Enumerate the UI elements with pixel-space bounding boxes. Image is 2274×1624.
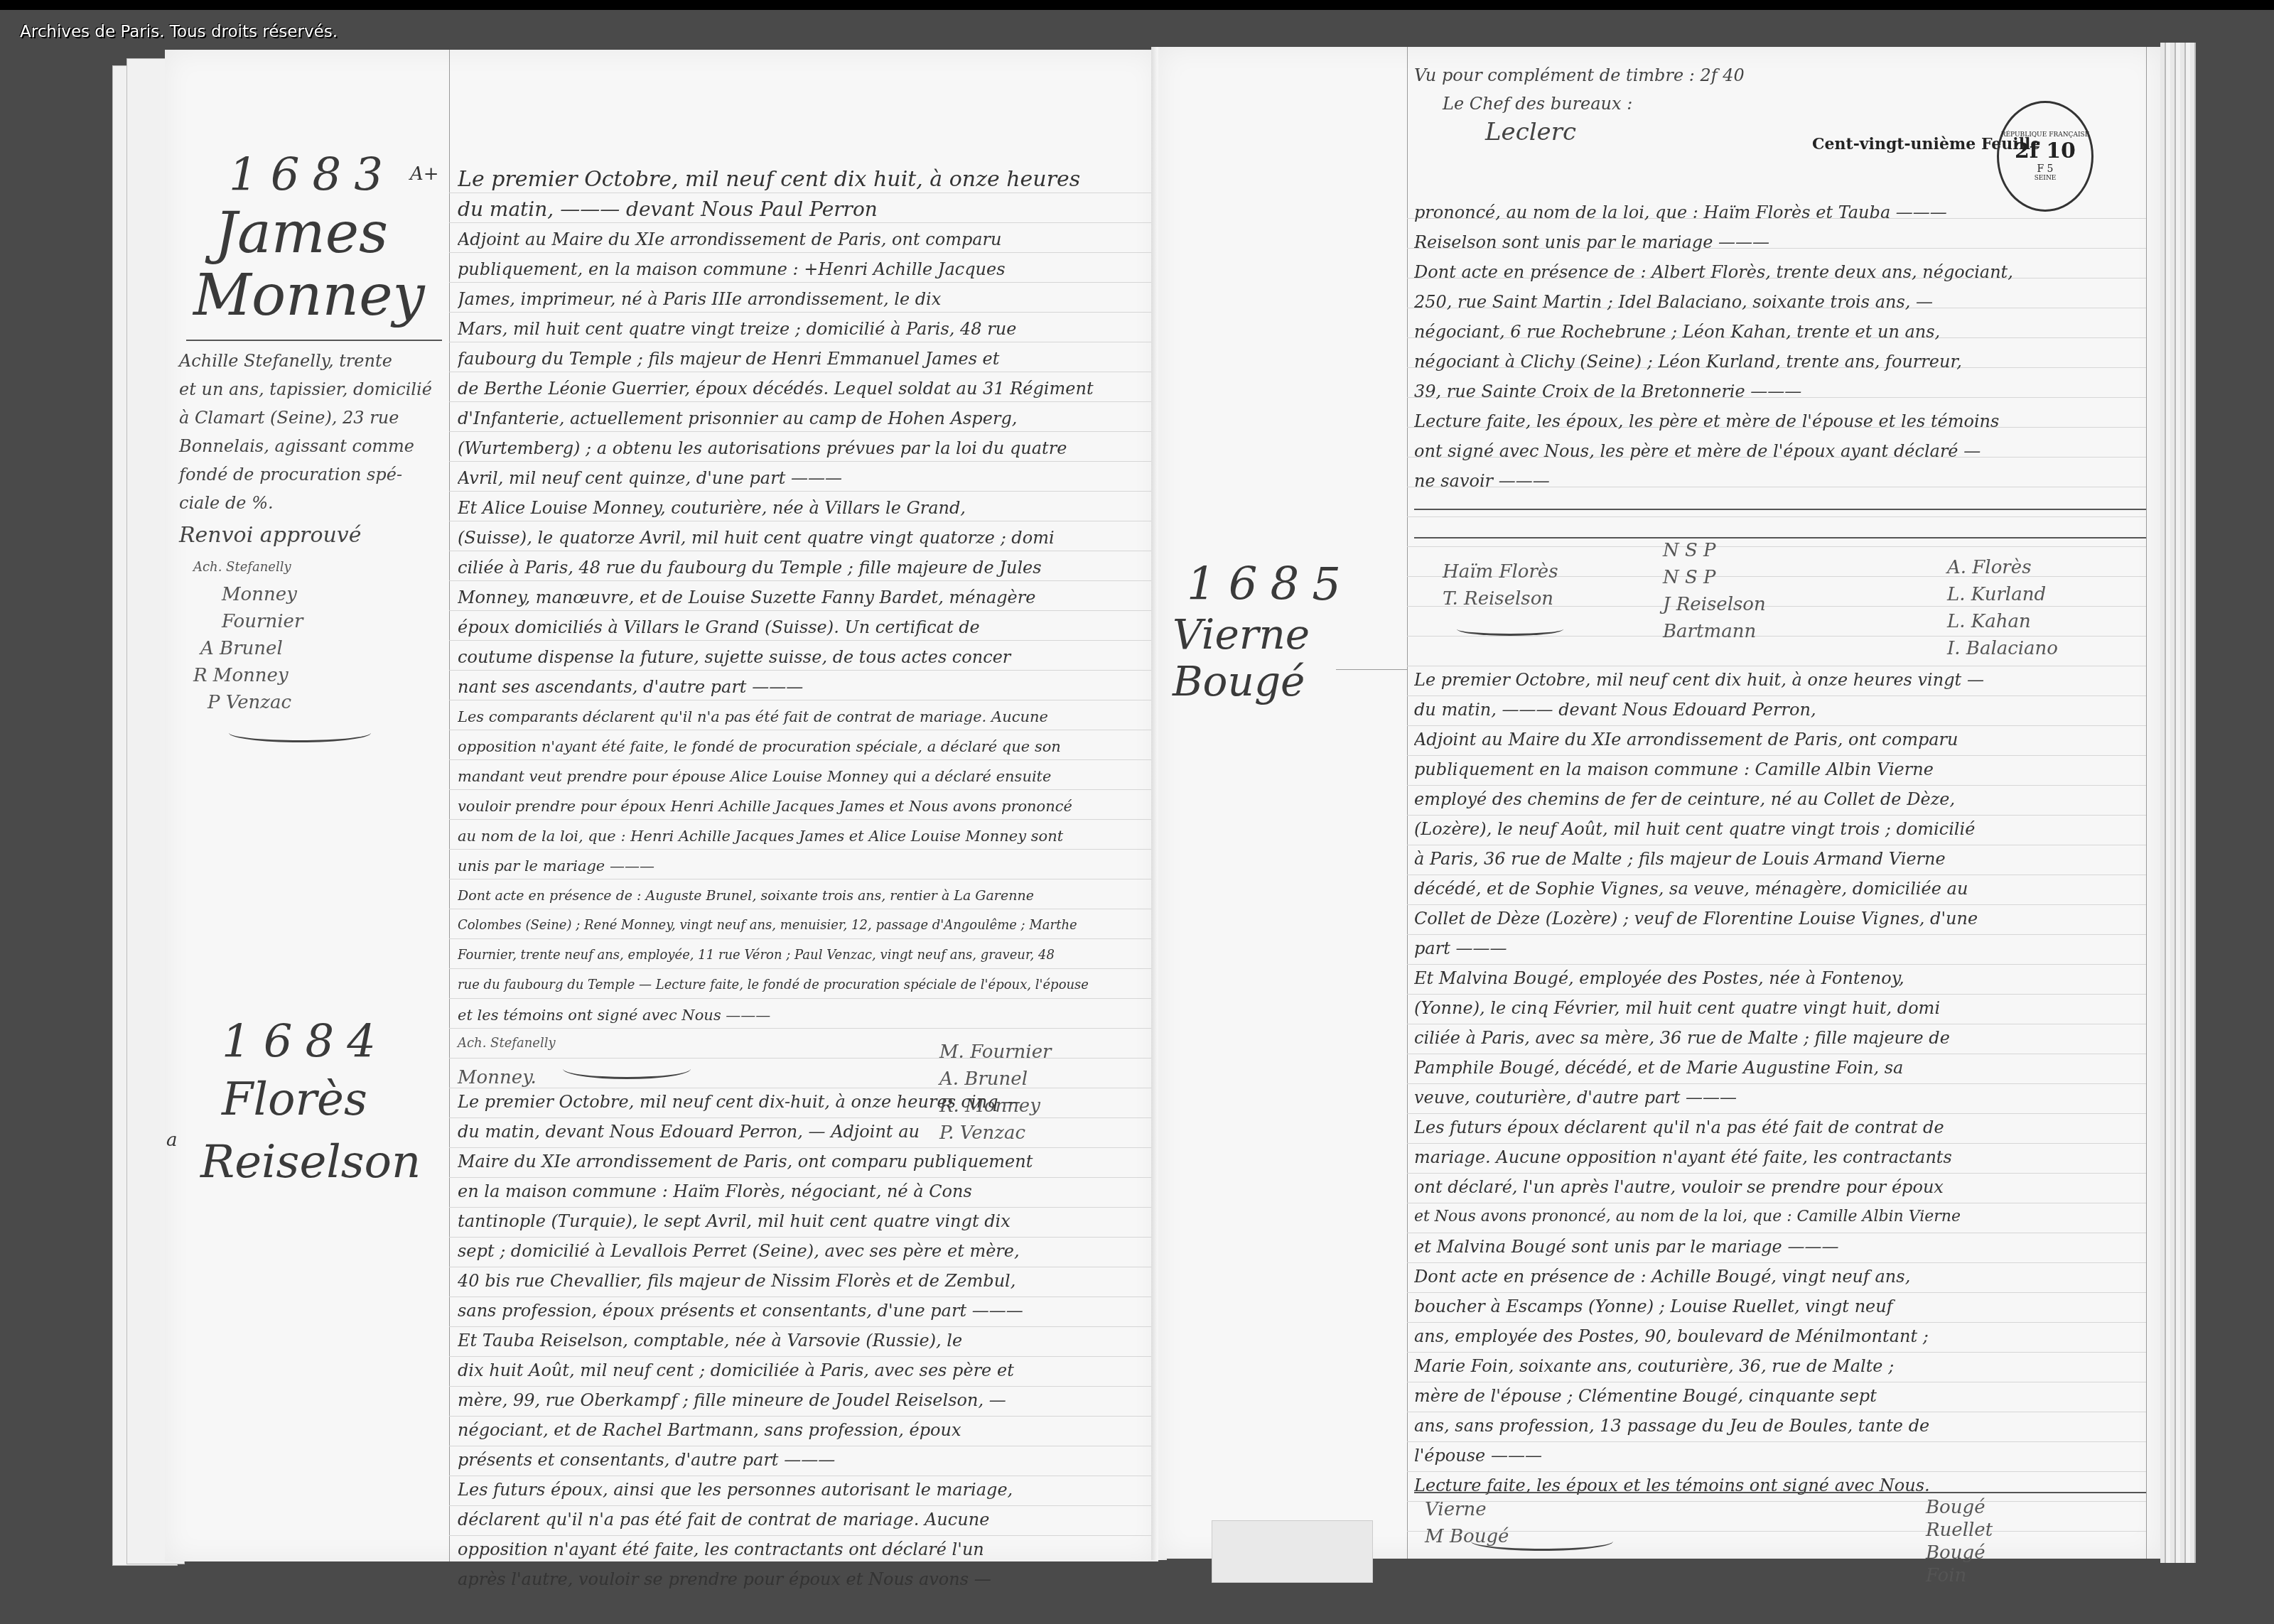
text-line: sept ; domicilié à Levallois Perret (Sei… (458, 1236, 1154, 1266)
text-line: négociant à Clichy (Seine) ; Léon Kurlan… (1414, 347, 2139, 377)
officer-paraph (1457, 622, 1563, 636)
nsp-mark: N S P (1663, 537, 1766, 564)
signature: T. Reiselson (1443, 585, 1558, 612)
text-line: sans profession, époux présents et conse… (458, 1296, 1154, 1326)
text-line: et Nous avons prononcé, au nom de la loi… (1414, 1202, 2139, 1232)
text-line: (Lozère), le neuf Août, mil huit cent qu… (1414, 814, 2139, 844)
act-1685-signatures-right: Bougé Ruellet Bougé Foin (1926, 1496, 1993, 1587)
text-line: négociant, 6 rue Rochebrune ; Léon Kahan… (1414, 317, 2139, 347)
text-line: vouloir prendre pour époux Henri Achille… (458, 791, 1154, 821)
text-line: 250, rue Saint Martin ; Idel Balaciano, … (1414, 287, 2139, 317)
act-name: James (179, 202, 442, 264)
margin-note-line: à Clamart (Seine), 23 rue (179, 404, 442, 432)
divider (1414, 509, 2146, 510)
text-line: Collet de Dèze (Lozère) ; veuf de Floren… (1414, 904, 2139, 933)
signature: Monney (193, 581, 442, 608)
text-line: veuve, couturière, d'autre part ——— (1414, 1083, 2139, 1113)
act-name: Vierne (1173, 611, 1400, 658)
text-line: ne savoir ——— (1414, 466, 2139, 496)
signature: A. Florès (1947, 554, 2058, 581)
text-line: (Yonne), le cinq Février, mil huit cent … (1414, 993, 2139, 1023)
text-line: de Berthe Léonie Guerrier, époux décédés… (458, 374, 1154, 404)
text-line: Monney, manœuvre, et de Louise Suzette F… (458, 583, 1154, 612)
act-number: 1685 (1173, 558, 1400, 611)
right-page: Vu pour complément de timbre : 2f 40 Le … (1158, 47, 2160, 1559)
act-name: Florès (179, 1068, 442, 1131)
text-line: à Paris, 36 rue de Malte ; fils majeur d… (1414, 844, 2139, 874)
text-line: part ——— (1414, 933, 2139, 963)
text-line: en la maison commune : Haïm Florès, négo… (458, 1176, 1154, 1206)
signature: A Brunel (193, 635, 442, 662)
text-line: Le premier Octobre, mil neuf cent dix-hu… (458, 1087, 1154, 1117)
text-line: prononcé, au nom de la loi, que : Haïm F… (1414, 197, 2139, 227)
margin-note-line: Bonnelais, agissant comme (179, 432, 442, 460)
divider (186, 331, 442, 341)
right-rule (2146, 47, 2147, 1559)
left-page: 1683 James Monney Achille Stefanelly, tr… (165, 50, 1158, 1561)
text-line: mère, 99, rue Oberkampf ; fille mineure … (458, 1385, 1154, 1415)
text-line: et Malvina Bougé sont unis par le mariag… (1414, 1232, 2139, 1262)
signature: I. Balaciano (1947, 635, 2058, 662)
text-line: rue du faubourg du Temple — Lecture fait… (458, 970, 1154, 1000)
text-line: au nom de la loi, que : Henri Achille Ja… (458, 821, 1154, 851)
text-line: Pamphile Bougé, décédé, et de Marie Augu… (1414, 1053, 2139, 1083)
signature: P Venzac (193, 689, 442, 716)
text-line: Les futurs époux, ainsi que les personne… (458, 1475, 1154, 1505)
text-line: Lecture faite, les époux et les témoins … (1414, 1471, 2139, 1500)
act-1685-text: Le premier Octobre, mil neuf cent dix hu… (1414, 665, 2139, 1500)
text-line: ciliée à Paris, 48 rue du faubourg du Te… (458, 553, 1154, 583)
signature: R Monney (193, 662, 442, 689)
text-line: Maire du XIe arrondissement de Paris, on… (458, 1147, 1154, 1176)
stamp-duty-note: Vu pour complément de timbre : 2f 40 Le … (1414, 61, 1745, 146)
text-line: 39, rue Sainte Croix de la Bretonnerie —… (1414, 377, 2139, 406)
signature: Foin (1926, 1564, 1993, 1587)
text-line: présents et consentants, d'autre part ——… (458, 1445, 1154, 1475)
text-line: ciliée à Paris, avec sa mère, 36 rue de … (1414, 1023, 2139, 1053)
text-line: Les futurs époux déclarent qu'il n'a pas… (1414, 1113, 2139, 1142)
text-line: ont signé avec Nous, les père et mère de… (1414, 436, 2139, 466)
text-line: employé des chemins de fer de ceinture, … (1414, 784, 2139, 814)
stamp-text: SEINE (2035, 175, 2057, 182)
act-1683-signatures-left: Ach. Stefanelly Monney. (458, 1030, 556, 1091)
text-line: décédé, et de Sophie Vignes, sa veuve, m… (1414, 874, 2139, 904)
act-number: 1683 (179, 149, 442, 202)
text-line: (Wurtemberg) ; a obtenu les autorisation… (458, 433, 1154, 463)
text-line: du matin, ——— devant Nous Edouard Perron… (1414, 695, 2139, 725)
text-line: boucher à Escamps (Yonne) ; Louise Ruell… (1414, 1292, 2139, 1321)
note-line: Le Chef des bureaux : (1414, 90, 1745, 118)
stamp-sub: F 5 (2037, 163, 2053, 175)
text-line: l'épouse ——— (1414, 1441, 2139, 1471)
margin-mark: A+ (410, 163, 439, 185)
margin-note-line: et un ans, tapissier, domicilié (179, 375, 442, 404)
archive-watermark: Archives de Paris. Tous droits réservés. (20, 23, 338, 41)
text-line: Adjoint au Maire du XIe arrondissement d… (1414, 725, 2139, 754)
text-line: coutume dispense la future, sujette suis… (458, 642, 1154, 672)
text-line: après l'autre, vouloir se prendre pour é… (458, 1564, 1154, 1594)
text-line: James, imprimeur, né à Paris IIIe arrond… (458, 284, 1154, 314)
signature: J Reiselson (1663, 591, 1766, 618)
text-line: d'Infanterie, actuellement prisonnier au… (458, 404, 1154, 433)
text-line: nant ses ascendants, d'autre part ——— (458, 672, 1154, 702)
text-line: négociant, et de Rachel Bartmann, sans p… (458, 1415, 1154, 1445)
text-line: Les comparants déclarent qu'il n'a pas é… (458, 702, 1154, 732)
signature: Ach. Stefanelly (458, 1030, 556, 1057)
officer-paraph (229, 723, 371, 742)
text-line: Le premier Octobre, mil neuf cent dix hu… (458, 165, 1154, 195)
text-line: Fournier, trente neuf ans, employée, 11 … (458, 941, 1154, 970)
signature: Ach. Stefanelly (193, 554, 442, 581)
signature: Bougé (1926, 1496, 1993, 1519)
left-margin: 1683 James Monney Achille Stefanelly, tr… (179, 149, 442, 735)
right-margin-act-1685: 1685 Vierne Bougé (1173, 558, 1400, 705)
text-line: mère de l'épouse ; Clémentine Bougé, cin… (1414, 1381, 2139, 1411)
officer-paraph (563, 1059, 691, 1079)
text-line: Dont acte en présence de : Auguste Brune… (458, 881, 1154, 911)
text-line: ans, employée des Postes, 90, boulevard … (1414, 1321, 2139, 1351)
text-line: ans, sans profession, 13 passage du Jeu … (1414, 1411, 2139, 1441)
text-line: Le premier Octobre, mil neuf cent dix hu… (1414, 665, 2139, 695)
signature: Fournier (193, 608, 442, 635)
text-line: opposition n'ayant été faite, les contra… (458, 1534, 1154, 1564)
text-line: et les témoins ont signé avec Nous ——— (458, 1000, 1154, 1030)
signature: Bartmann (1663, 618, 1766, 645)
text-line: (Suisse), le quatorze Avril, mil huit ce… (458, 523, 1154, 553)
margin-pointer (1336, 669, 1407, 670)
text-line: Dont acte en présence de : Albert Florès… (1414, 257, 2139, 287)
text-line: tantinople (Turquie), le sept Avril, mil… (458, 1206, 1154, 1236)
act-name: Reiselson (179, 1131, 442, 1193)
text-line: Avril, mil neuf cent quinze, d'une part … (458, 463, 1154, 493)
text-line: mariage. Aucune opposition n'ayant été f… (1414, 1142, 2139, 1172)
right-page-edges (2160, 43, 2196, 1563)
act-name: Bougé (1173, 658, 1400, 705)
top-black-bar (0, 0, 2274, 10)
text-line: 40 bis rue Chevallier, fils majeur de Ni… (458, 1266, 1154, 1296)
text-line: Marie Foin, soixante ans, couturière, 36… (1414, 1351, 2139, 1381)
act-1684-continuation: prononcé, au nom de la loi, que : Haïm F… (1414, 197, 2139, 496)
officer-paraph (1471, 1532, 1613, 1551)
signature: Bougé (1926, 1542, 1993, 1564)
text-line: du matin, devant Nous Edouard Perron, — … (458, 1117, 1154, 1147)
margin-note-line: Achille Stefanelly, trente (179, 347, 442, 375)
text-line: Lecture faite, les époux, les père et mè… (1414, 406, 2139, 436)
margin-mark: a (166, 1130, 178, 1151)
revenue-stamp: RÉPUBLIQUE FRANÇAISE 2f 10 F 5 SEINE (1997, 101, 2094, 212)
text-line: du matin, ——— devant Nous Paul Perron (458, 195, 1154, 224)
text-line: Et Tauba Reiselson, comptable, née à Var… (458, 1326, 1154, 1355)
signature: Haïm Florès (1443, 558, 1558, 585)
text-line: publiquement, en la maison commune : +He… (458, 254, 1154, 284)
stamp-text: RÉPUBLIQUE FRANÇAISE (2001, 131, 2089, 139)
act-name: Monney (179, 264, 442, 327)
text-line: Et Alice Louise Monney, couturière, née … (458, 493, 1154, 523)
renvoi-approuve: Renvoi approuvé (179, 521, 442, 550)
text-line: publiquement en la maison commune : Cami… (1414, 754, 2139, 784)
act-1683-text: Le premier Octobre, mil neuf cent dix hu… (458, 165, 1154, 1030)
signature: Ruellet (1926, 1519, 1993, 1542)
signature: Vierne (1425, 1496, 1509, 1523)
text-line: Adjoint au Maire du XIe arrondissement d… (458, 224, 1154, 254)
text-line: ont déclaré, l'un après l'autre, vouloir… (1414, 1172, 2139, 1202)
page-tab (1212, 1520, 1373, 1583)
signature: L. Kahan (1947, 608, 2058, 635)
text-line: Colombes (Seine) ; René Monney, vingt ne… (458, 911, 1154, 941)
text-line: Mars, mil huit cent quatre vingt treize … (458, 314, 1154, 344)
text-line: dix huit Août, mil neuf cent ; domicilié… (458, 1355, 1154, 1385)
margin-note-line: fondé de procuration spé- (179, 460, 442, 489)
act-number: 1684 (179, 1016, 442, 1068)
margin-note-line: ciale de %. (179, 489, 442, 517)
text-line: déclarent qu'il n'a pas été fait de cont… (458, 1505, 1154, 1534)
text-line: mandant veut prendre pour épouse Alice L… (458, 762, 1154, 791)
stamp-value: 2f 10 (2015, 139, 2076, 163)
left-margin-act-1684: 1684 Florès Reiselson (179, 1016, 442, 1193)
act-1684-text: Le premier Octobre, mil neuf cent dix-hu… (458, 1087, 1154, 1594)
text-line: époux domiciliés à Villars le Grand (Sui… (458, 612, 1154, 642)
note-line: Leclerc (1414, 118, 1745, 146)
note-line: Vu pour complément de timbre : 2f 40 (1414, 61, 1745, 90)
divider (1414, 1492, 2146, 1493)
text-line: Dont acte en présence de : Achille Bougé… (1414, 1262, 2139, 1292)
nsp-mark: N S P (1663, 564, 1766, 591)
signature: M. Fournier (939, 1039, 1051, 1066)
signature: L. Kurland (1947, 581, 2058, 608)
text-line: unis par le mariage ——— (458, 851, 1154, 881)
text-line: Reiselson sont unis par le mariage ——— (1414, 227, 2139, 257)
text-line: Et Malvina Bougé, employée des Postes, n… (1414, 963, 2139, 993)
text-line: opposition n'ayant été faite, le fondé d… (458, 732, 1154, 762)
text-line: faubourg du Temple ; fils majeur de Henr… (458, 344, 1154, 374)
act-1684-signatures: Haïm Florès T. Reiselson N S P N S P J R… (1428, 537, 2139, 651)
